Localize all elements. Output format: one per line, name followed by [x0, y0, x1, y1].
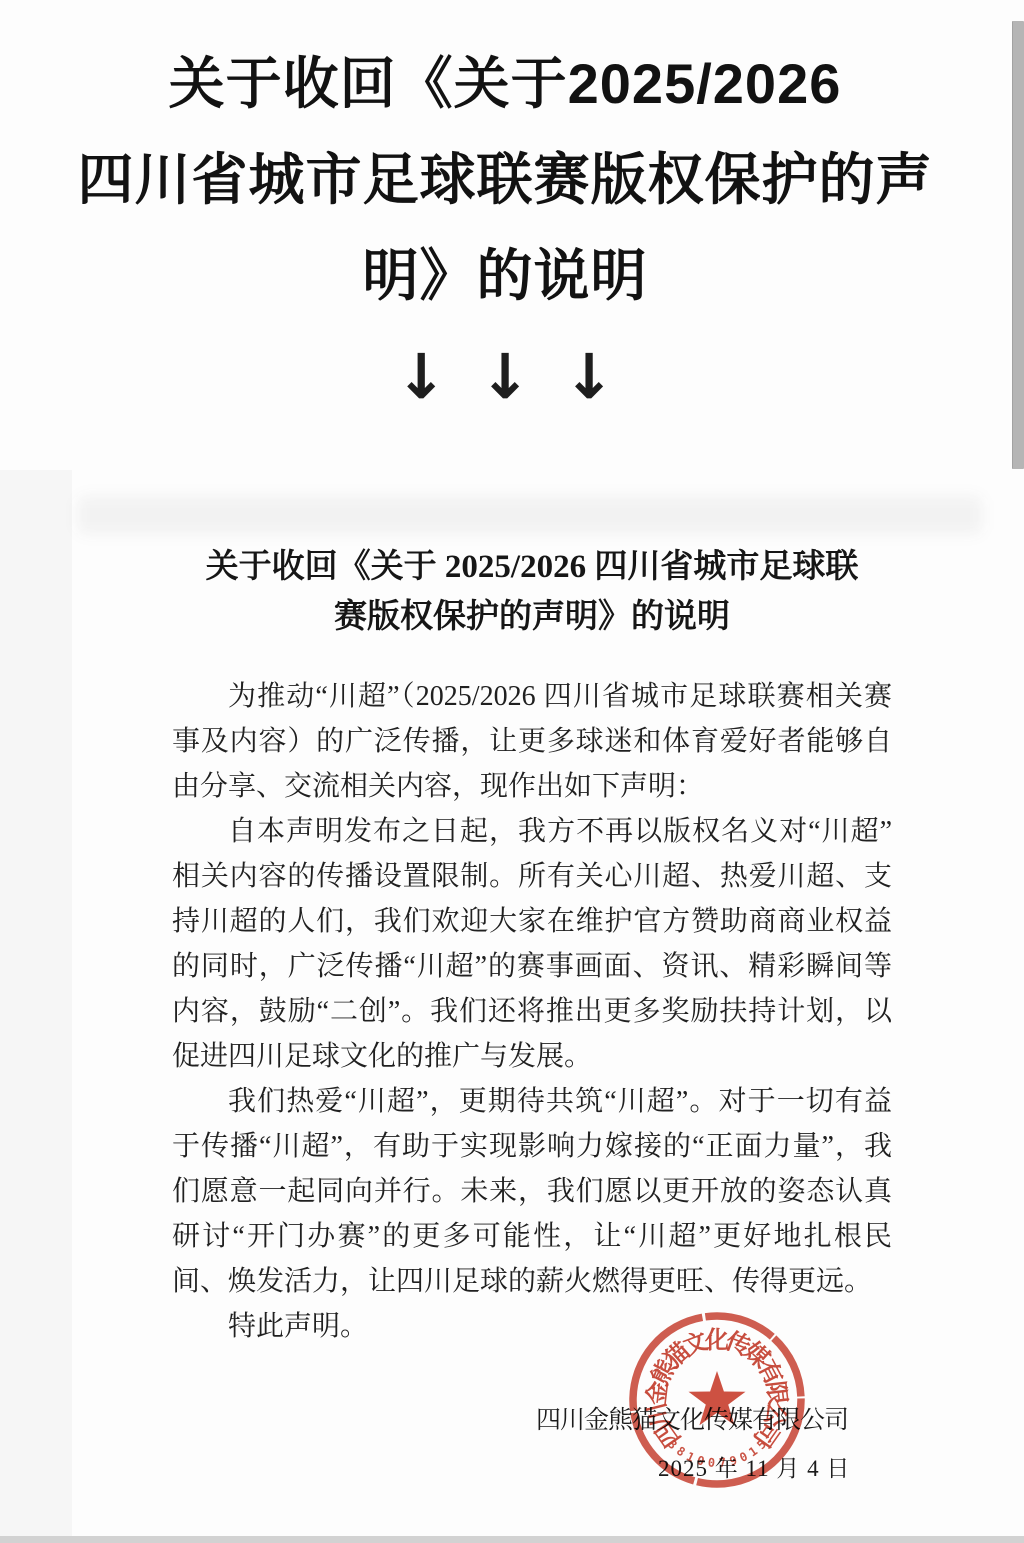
seal-star-icon [689, 1371, 746, 1425]
seal-serial: 5109700183 [665, 1437, 769, 1470]
page-canvas: 关于收回《关于2025/2026 四川省城市足球联赛版权保护的声 明》的说明 ↓… [0, 0, 1024, 1543]
down-arrows: ↓ ↓ ↓ [0, 332, 1010, 422]
letter-paragraph: 我们热爱“川超”，更期待共筑“川超”。对于一切有益于传播“川超”，有助于实现影响… [172, 1079, 892, 1304]
svg-text:7: 7 [718, 1455, 726, 1470]
page-title: 关于收回《关于2025/2026 四川省城市足球联赛版权保护的声 明》的说明 [0, 36, 1010, 324]
page-title-line: 关于收回《关于2025/2026 [0, 36, 1010, 132]
svg-text:0: 0 [707, 1455, 715, 1470]
letter-paragraph: 自本声明发布之日起，我方不再以版权名义对“川超”相关内容的传播设置限制。所有关心… [172, 809, 892, 1079]
page-title-line: 四川省城市足球联赛版权保护的声 [0, 132, 1010, 228]
letter-title-line: 关于收回《关于 2025/2026 四川省城市足球联 [172, 542, 892, 592]
announcement-screenshot: { "headline": { "lines": [ "关于收回《关于2025/… [0, 0, 1024, 1543]
letter-body: 为推动“川超”（2025/2026 四川省城市足球联赛相关赛事及内容）的广泛传播… [172, 674, 892, 1349]
screenshot-bottom-edge [0, 1536, 1024, 1543]
svg-text:1: 1 [684, 1449, 696, 1465]
letter-title: 关于收回《关于 2025/2026 四川省城市足球联 赛版权保护的声明》的说明 [172, 542, 892, 642]
svg-text:0: 0 [695, 1453, 706, 1468]
svg-text:9: 9 [728, 1453, 739, 1468]
letter-title-line: 赛版权保护的声明》的说明 [172, 592, 892, 642]
scan-left-edge-shade [0, 470, 72, 1536]
down-arrow-icon: ↓ [479, 332, 531, 422]
page-title-line: 明》的说明 [0, 228, 1010, 324]
scan-artifact-band [78, 496, 982, 534]
scrollbar-thumb[interactable] [1012, 21, 1024, 469]
down-arrow-icon: ↓ [563, 332, 615, 422]
company-seal: 四川金熊猫文化传媒有限公司 5109700183 [627, 1310, 807, 1490]
down-arrow-icon: ↓ [395, 332, 447, 422]
letter-document: 关于收回《关于 2025/2026 四川省城市足球联 赛版权保护的声明》的说明 … [172, 542, 892, 1349]
letter-paragraph: 为推动“川超”（2025/2026 四川省城市足球联赛相关赛事及内容）的广泛传播… [172, 674, 892, 809]
